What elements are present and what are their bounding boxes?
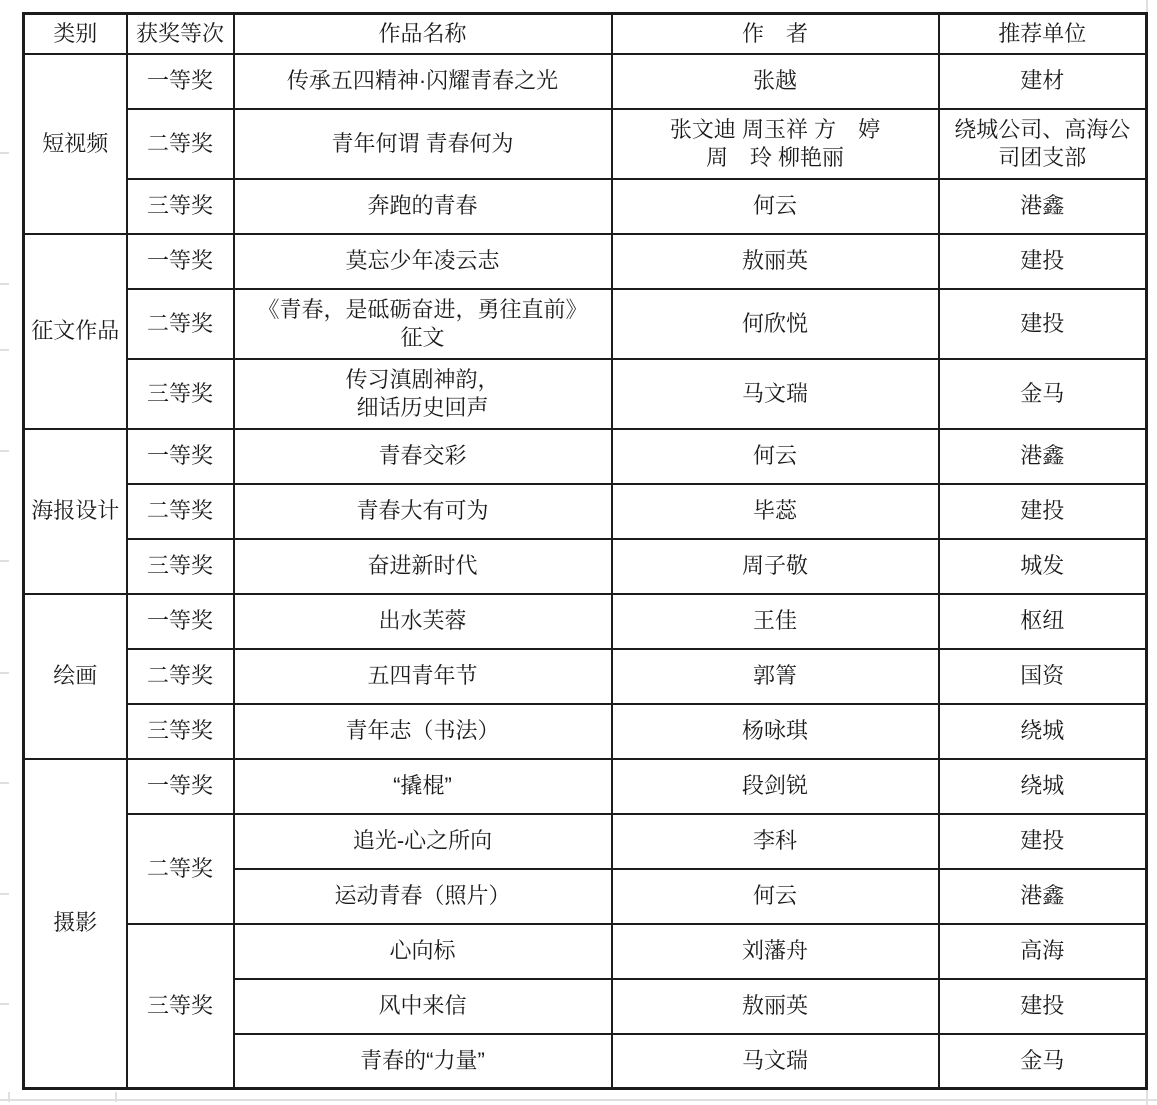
award-level-cell: 二等奖: [127, 289, 234, 359]
table-row: 短视频一等奖传承五四精神·闪耀青春之光张越建材: [24, 54, 1147, 109]
author-cell: 马文瑞: [612, 1034, 939, 1089]
table-row: 二等奖五四青年节郭箐国资: [24, 649, 1147, 704]
spreadsheet-gridline-stub: [0, 782, 9, 784]
work-title-cell: 《青春，是砥砺奋进，勇往直前》 征文: [234, 289, 612, 359]
recommending-unit-cell: 绕城公司、高海公 司团支部: [939, 109, 1147, 179]
table-row: 摄影一等奖“撬棍”段剑锐绕城: [24, 759, 1147, 814]
spreadsheet-gridline-bottom: [0, 1099, 1157, 1101]
award-level-cell: 三等奖: [127, 539, 234, 594]
author-cell: 毕蕊: [612, 484, 939, 539]
award-level-cell: 二等奖: [127, 649, 234, 704]
recommending-unit-cell: 港鑫: [939, 179, 1147, 234]
recommending-unit-cell: 建投: [939, 484, 1147, 539]
table-row: 二等奖青春大有可为毕蕊建投: [24, 484, 1147, 539]
header-work-title: 作品名称: [234, 14, 612, 54]
author-cell: 敖丽英: [612, 234, 939, 289]
work-title-cell: 青春大有可为: [234, 484, 612, 539]
header-row: 类别 获奖等次 作品名称 作 者 推荐单位: [24, 14, 1147, 54]
recommending-unit-cell: 建投: [939, 289, 1147, 359]
work-title-cell: 追光-心之所向: [234, 814, 612, 869]
author-cell: 何云: [612, 869, 939, 924]
recommending-unit-cell: 金马: [939, 1034, 1147, 1089]
author-cell: 敖丽英: [612, 979, 939, 1034]
award-level-cell: 一等奖: [127, 429, 234, 484]
work-title-cell: “撬棍”: [234, 759, 612, 814]
award-level-cell: 二等奖: [127, 109, 234, 179]
work-title-cell: 莫忘少年凌云志: [234, 234, 612, 289]
table-header: 类别 获奖等次 作品名称 作 者 推荐单位: [24, 14, 1147, 54]
document-page: 类别 获奖等次 作品名称 作 者 推荐单位 短视频一等奖传承五四精神·闪耀青春之…: [0, 0, 1157, 1105]
table-row: 二等奖追光-心之所向李科建投: [24, 814, 1147, 869]
table-row: 二等奖青年何谓 青春何为张文迪 周玉祥 方 婷 周 玲 柳艳丽绕城公司、高海公 …: [24, 109, 1147, 179]
table-row: 绘画一等奖出水芙蓉王佳枢纽: [24, 594, 1147, 649]
spreadsheet-gridline-stub: [8, 1092, 10, 1102]
work-title-cell: 青春交彩: [234, 429, 612, 484]
spreadsheet-gridline-stub: [0, 349, 9, 351]
award-level-cell: 三等奖: [127, 179, 234, 234]
author-cell: 何云: [612, 179, 939, 234]
work-title-cell: 五四青年节: [234, 649, 612, 704]
recommending-unit-cell: 港鑫: [939, 429, 1147, 484]
category-cell: 短视频: [24, 54, 127, 234]
table-row: 三等奖传习滇剧神韵， 细话历史回声马文瑞金马: [24, 359, 1147, 429]
author-cell: 周子敬: [612, 539, 939, 594]
author-cell: 郭箐: [612, 649, 939, 704]
table-row: 海报设计一等奖青春交彩何云港鑫: [24, 429, 1147, 484]
recommending-unit-cell: 金马: [939, 359, 1147, 429]
award-level-cell: 一等奖: [127, 759, 234, 814]
spreadsheet-gridline-stub: [0, 1003, 9, 1005]
work-title-cell: 运动青春（照片）: [234, 869, 612, 924]
spreadsheet-gridline-stub: [0, 560, 9, 562]
award-level-cell: 三等奖: [127, 924, 234, 1089]
category-cell: 海报设计: [24, 429, 127, 594]
recommending-unit-cell: 建材: [939, 54, 1147, 109]
recommending-unit-cell: 城发: [939, 539, 1147, 594]
award-level-cell: 一等奖: [127, 54, 234, 109]
work-title-cell: 青年志（书法）: [234, 704, 612, 759]
award-level-cell: 三等奖: [127, 704, 234, 759]
spreadsheet-gridline-stub: [0, 152, 9, 154]
table-row: 三等奖青年志（书法）杨咏琪绕城: [24, 704, 1147, 759]
header-recommending-unit: 推荐单位: [939, 14, 1147, 54]
spreadsheet-gridline-stub: [0, 283, 9, 285]
work-title-cell: 风中来信: [234, 979, 612, 1034]
recommending-unit-cell: 建投: [939, 814, 1147, 869]
awards-table: 类别 获奖等次 作品名称 作 者 推荐单位 短视频一等奖传承五四精神·闪耀青春之…: [22, 12, 1148, 1090]
author-cell: 何云: [612, 429, 939, 484]
spreadsheet-gridline-stub: [0, 893, 9, 895]
header-category: 类别: [24, 14, 127, 54]
work-title-cell: 心向标: [234, 924, 612, 979]
recommending-unit-cell: 建投: [939, 979, 1147, 1034]
recommending-unit-cell: 绕城: [939, 704, 1147, 759]
award-level-cell: 二等奖: [127, 484, 234, 539]
author-cell: 刘藩舟: [612, 924, 939, 979]
work-title-cell: 传承五四精神·闪耀青春之光: [234, 54, 612, 109]
table-row: 三等奖心向标刘藩舟高海: [24, 924, 1147, 979]
category-cell: 绘画: [24, 594, 127, 759]
author-cell: 马文瑞: [612, 359, 939, 429]
header-award-level: 获奖等次: [127, 14, 234, 54]
award-level-cell: 三等奖: [127, 359, 234, 429]
recommending-unit-cell: 绕城: [939, 759, 1147, 814]
award-level-cell: 一等奖: [127, 234, 234, 289]
spreadsheet-gridline-stub: [115, 1092, 117, 1102]
recommending-unit-cell: 港鑫: [939, 869, 1147, 924]
category-cell: 摄影: [24, 759, 127, 1089]
category-cell: 征文作品: [24, 234, 127, 429]
awards-table-body: 短视频一等奖传承五四精神·闪耀青春之光张越建材二等奖青年何谓 青春何为张文迪 周…: [24, 54, 1147, 1089]
author-cell: 张越: [612, 54, 939, 109]
work-title-cell: 出水芙蓉: [234, 594, 612, 649]
spreadsheet-gridline-stub: [0, 672, 9, 674]
author-cell: 杨咏琪: [612, 704, 939, 759]
table-row: 三等奖奋进新时代周子敬城发: [24, 539, 1147, 594]
work-title-cell: 奔跑的青春: [234, 179, 612, 234]
author-cell: 李科: [612, 814, 939, 869]
author-cell: 何欣悦: [612, 289, 939, 359]
award-level-cell: 一等奖: [127, 594, 234, 649]
award-level-cell: 二等奖: [127, 814, 234, 924]
author-cell: 王佳: [612, 594, 939, 649]
work-title-cell: 奋进新时代: [234, 539, 612, 594]
work-title-cell: 青春的“力量”: [234, 1034, 612, 1089]
author-cell: 张文迪 周玉祥 方 婷 周 玲 柳艳丽: [612, 109, 939, 179]
recommending-unit-cell: 高海: [939, 924, 1147, 979]
author-cell: 段剑锐: [612, 759, 939, 814]
header-author: 作 者: [612, 14, 939, 54]
table-row: 三等奖奔跑的青春何云港鑫: [24, 179, 1147, 234]
recommending-unit-cell: 枢纽: [939, 594, 1147, 649]
recommending-unit-cell: 国资: [939, 649, 1147, 704]
table-row: 征文作品一等奖莫忘少年凌云志敖丽英建投: [24, 234, 1147, 289]
work-title-cell: 青年何谓 青春何为: [234, 109, 612, 179]
spreadsheet-gridline-stub: [0, 450, 9, 452]
recommending-unit-cell: 建投: [939, 234, 1147, 289]
work-title-cell: 传习滇剧神韵， 细话历史回声: [234, 359, 612, 429]
table-row: 二等奖《青春，是砥砺奋进，勇往直前》 征文何欣悦建投: [24, 289, 1147, 359]
